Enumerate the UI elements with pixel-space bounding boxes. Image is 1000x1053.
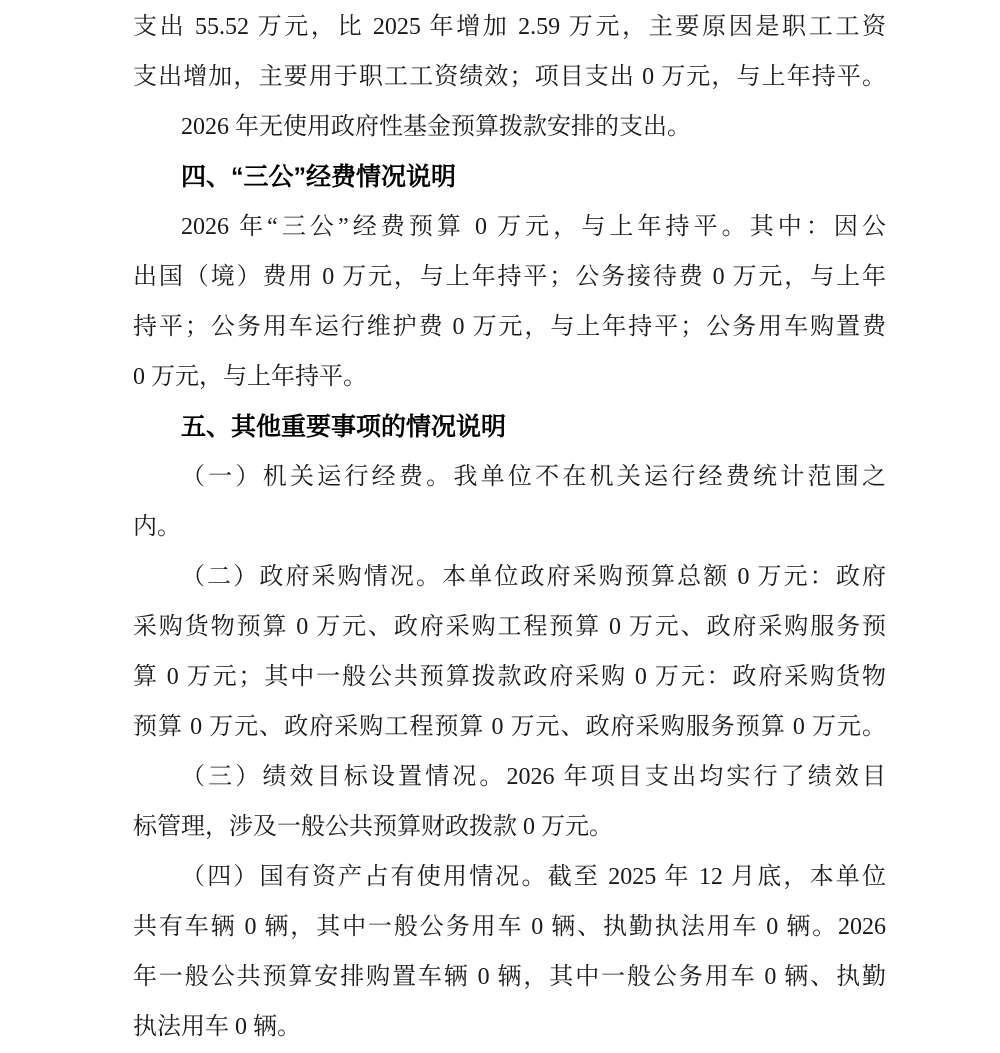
- text-line: 0 万元，与上年持平。: [133, 352, 886, 402]
- paragraph-three-public-expenses: 2026 年“三公”经费预算 0 万元，与上年持平。其中：因公 出国（境）费用 …: [133, 202, 886, 402]
- text-line: 预算 0 万元、政府采购工程预算 0 万元、政府采购服务预算 0 万元。: [133, 702, 886, 752]
- text-line: （三）绩效目标设置情况。2026 年项目支出均实行了绩效目: [133, 752, 886, 802]
- text-line: 内。: [133, 502, 886, 552]
- paragraph-state-assets: （四）国有资产占有使用情况。截至 2025 年 12 月底，本单位 共有车辆 0…: [133, 852, 886, 1052]
- text-line: （一）机关运行经费。我单位不在机关运行经费统计范围之: [133, 452, 886, 502]
- text-line: （四）国有资产占有使用情况。截至 2025 年 12 月底，本单位: [133, 852, 886, 902]
- section-5: 五、其他重要事项的情况说明: [133, 402, 886, 452]
- document-page: 支出 55.52 万元，比 2025 年增加 2.59 万元，主要原因是职工工资…: [133, 2, 886, 1052]
- text-line: 执法用车 0 辆。: [133, 1002, 886, 1052]
- text-line: 算 0 万元；其中一般公共预算拨款政府采购 0 万元：政府采购货物: [133, 652, 886, 702]
- text-line: 出国（境）费用 0 万元，与上年持平；公务接待费 0 万元，与上年: [133, 252, 886, 302]
- paragraph-government-procurement: （二）政府采购情况。本单位政府采购预算总额 0 万元：政府 采购货物预算 0 万…: [133, 552, 886, 752]
- paragraph-government-fund-note: 2026 年无使用政府性基金预算拨款安排的支出。: [133, 102, 886, 152]
- text-line: 采购货物预算 0 万元、政府采购工程预算 0 万元、政府采购服务预: [133, 602, 886, 652]
- text-line: 2026 年无使用政府性基金预算拨款安排的支出。: [133, 102, 886, 152]
- paragraph-expenditure-continued: 支出 55.52 万元，比 2025 年增加 2.59 万元，主要原因是职工工资…: [133, 2, 886, 102]
- text-line: 支出 55.52 万元，比 2025 年增加 2.59 万元，主要原因是职工工资: [133, 2, 886, 52]
- text-line: 共有车辆 0 辆，其中一般公务用车 0 辆、执勤执法用车 0 辆。2026: [133, 902, 886, 952]
- text-line: 年一般公共预算安排购置车辆 0 辆，其中一般公务用车 0 辆、执勤: [133, 952, 886, 1002]
- text-line: （二）政府采购情况。本单位政府采购预算总额 0 万元：政府: [133, 552, 886, 602]
- paragraph-agency-operating-funds: （一）机关运行经费。我单位不在机关运行经费统计范围之 内。: [133, 452, 886, 552]
- text-line: 持平；公务用车运行维护费 0 万元，与上年持平；公务用车购置费: [133, 302, 886, 352]
- text-line: 2026 年“三公”经费预算 0 万元，与上年持平。其中：因公: [133, 202, 886, 252]
- text-line: 支出增加，主要用于职工工资绩效；项目支出 0 万元，与上年持平。: [133, 52, 886, 102]
- section-heading: 四、“三公”经费情况说明: [133, 152, 886, 202]
- paragraph-performance-targets: （三）绩效目标设置情况。2026 年项目支出均实行了绩效目 标管理，涉及一般公共…: [133, 752, 886, 852]
- section-heading: 五、其他重要事项的情况说明: [133, 402, 886, 452]
- text-line: 标管理，涉及一般公共预算财政拨款 0 万元。: [133, 802, 886, 852]
- section-4: 四、“三公”经费情况说明: [133, 152, 886, 202]
